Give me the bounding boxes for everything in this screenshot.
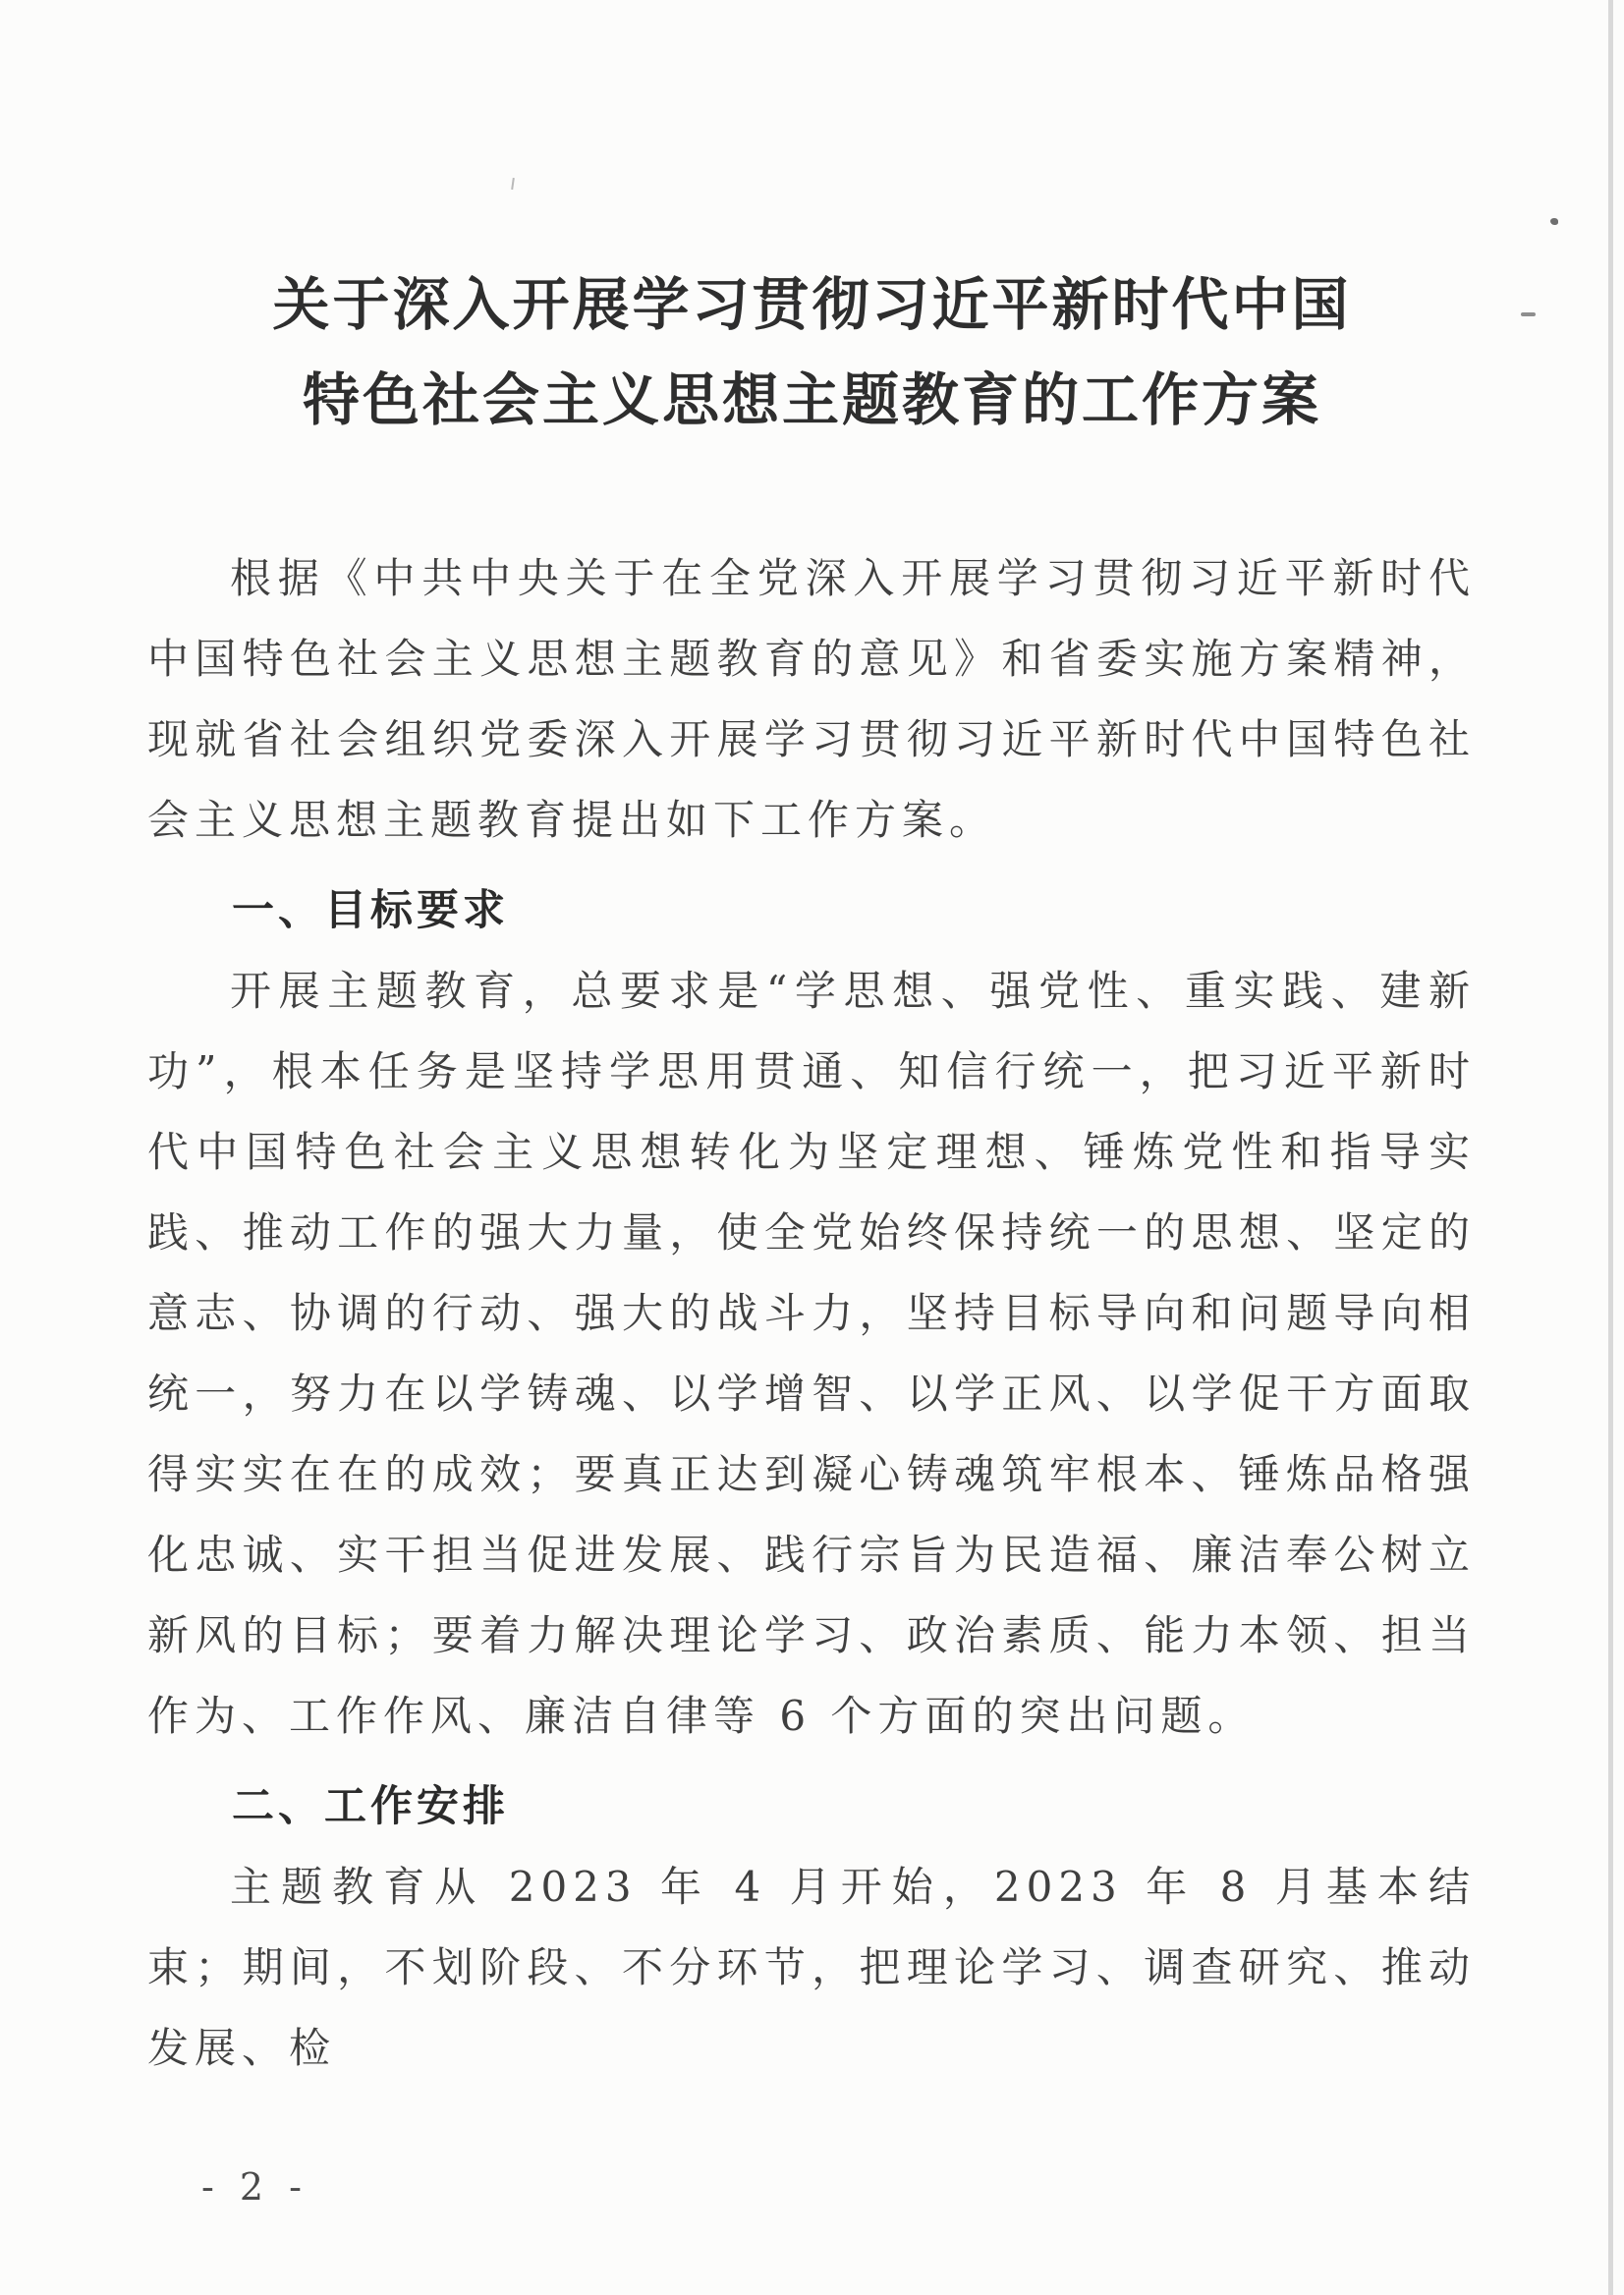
scan-speck-dot-artifact — [1550, 218, 1558, 225]
scan-speck-tick-artifact — [511, 178, 515, 190]
document-title: 关于深入开展学习贯彻习近平新时代中国 特色社会主义思想主题教育的工作方案 — [0, 257, 1624, 448]
section-heading-work-arrangement: 二、工作安排 — [147, 1766, 1476, 1847]
document-body: 根据《中共中央关于在全党深入开展学习贯彻习近平新时代中国特色社会主义思想主题教育… — [147, 538, 1476, 2089]
work-arrangement-paragraph: 主题教育从 2023 年 4 月开始，2023 年 8 月基本结束；期间，不划阶… — [147, 1847, 1476, 2089]
scan-speck-dash-artifact — [1521, 312, 1536, 316]
document-title-line-2: 特色社会主义思想主题教育的工作方案 — [0, 353, 1624, 448]
document-title-line-1: 关于深入开展学习贯彻习近平新时代中国 — [0, 257, 1624, 353]
section-heading-goals: 一、目标要求 — [147, 870, 1476, 951]
document-page: 关于深入开展学习贯彻习近平新时代中国 特色社会主义思想主题教育的工作方案 根据《… — [0, 0, 1624, 2295]
page-number: - 2 - — [201, 2165, 308, 2209]
intro-paragraph: 根据《中共中央关于在全党深入开展学习贯彻习近平新时代中国特色社会主义思想主题教育… — [147, 538, 1476, 861]
scan-edge-line-artifact — [1608, 0, 1613, 2295]
goals-paragraph: 开展主题教育，总要求是“学思想、强党性、重实践、建新功”，根本任务是坚持学思用贯… — [147, 951, 1476, 1757]
